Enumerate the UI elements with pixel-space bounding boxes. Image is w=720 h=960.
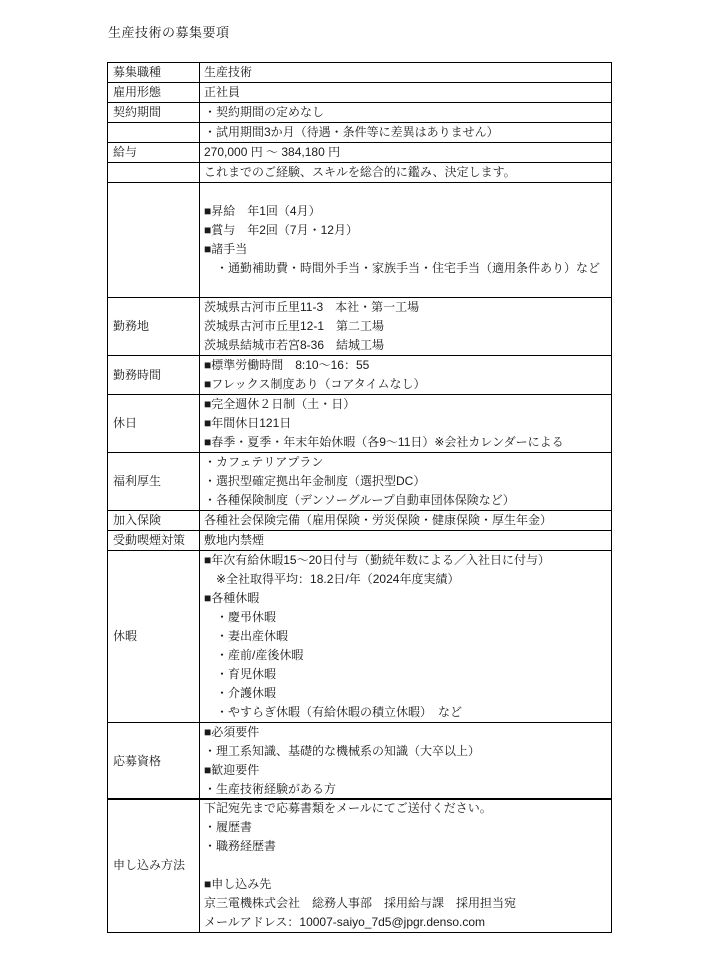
- row-content-line: ・試用期間3か月（待遇・条件等に差異はありません）: [204, 123, 609, 142]
- table-row: 募集職種生産技術: [108, 63, 612, 83]
- row-content-line: [204, 856, 609, 875]
- row-content-line: ・カフェテリアプラン: [204, 453, 609, 472]
- row-content: 正社員: [200, 83, 612, 103]
- row-content-line: ・選択型確定拠出年金制度（選択型DC）: [204, 472, 609, 491]
- table-row: 加入保険各種社会保険完備（雇用保険・労災保険・健康保険・厚生年金）: [108, 511, 612, 531]
- row-label: 勤務時間: [108, 356, 200, 395]
- row-content-line: ・育児休暇: [204, 665, 609, 684]
- table-row: 給与270,000 円 ～ 384,180 円: [108, 143, 612, 163]
- row-content: ・契約期間の定めなし: [200, 103, 612, 123]
- row-content-line: 各種社会保険完備（雇用保険・労災保険・健康保険・厚生年金）: [204, 511, 609, 530]
- table-row: 勤務地茨城県古河市丘里11-3 本社・第一工場茨城県古河市丘里12-1 第二工場…: [108, 298, 612, 356]
- row-content: 生産技術: [200, 63, 612, 83]
- row-content-line: 京三電機株式会社 総務人事部 採用給与課 採用担当宛: [204, 894, 609, 913]
- row-content-line: 敷地内禁煙: [204, 531, 609, 550]
- table-row: ・試用期間3か月（待遇・条件等に差異はありません）: [108, 123, 612, 143]
- row-content-line: ■歓迎要件: [204, 761, 609, 780]
- table-row: これまでのご経験、スキルを総合的に鑑み、決定します。: [108, 163, 612, 183]
- table-row: 受動喫煙対策敷地内禁煙: [108, 531, 612, 551]
- table-row: 休日■完全週休２日制（土・日）■年間休日121日■春季・夏季・年末年始休暇（各9…: [108, 395, 612, 453]
- row-label: 雇用形態: [108, 83, 200, 103]
- row-content: これまでのご経験、スキルを総合的に鑑み、決定します。: [200, 163, 612, 183]
- row-content-line: ■諸手当: [204, 240, 609, 259]
- row-content: ■年次有給休暇15～20日付与（勤続年数による／入社日に付与） ※全社取得平均：…: [200, 551, 612, 723]
- row-content-line: ■申し込み先: [204, 875, 609, 894]
- row-content-line: 茨城県古河市丘里12-1 第二工場: [204, 317, 609, 336]
- row-content-line: ・各種保険制度（デンソーグループ自動車団体保険など）: [204, 491, 609, 510]
- row-content-line: ・慶弔休暇: [204, 608, 609, 627]
- row-label: 応募資格: [108, 723, 200, 800]
- row-content-line: ・介護休暇: [204, 684, 609, 703]
- row-content-line: [204, 183, 609, 202]
- table-row: 休暇■年次有給休暇15～20日付与（勤続年数による／入社日に付与） ※全社取得平…: [108, 551, 612, 723]
- table-row: 申し込み方法下記宛先まで応募書類をメールにてご送付ください。・履歴書・職務経歴書…: [108, 799, 612, 933]
- table-row: 福利厚生・カフェテリアプラン・選択型確定拠出年金制度（選択型DC）・各種保険制度…: [108, 453, 612, 511]
- row-label: 加入保険: [108, 511, 200, 531]
- page-title: 生産技術の募集要項: [108, 22, 230, 41]
- row-content-line: [204, 278, 609, 297]
- document-page: 生産技術の募集要項 募集職種生産技術雇用形態正社員契約期間・契約期間の定めなし・…: [0, 0, 720, 960]
- row-content-line: 正社員: [204, 83, 609, 102]
- row-content: ■必須要件・理工系知識、基礎的な機械系の知識（大卒以上）■歓迎要件・生産技術経験…: [200, 723, 612, 800]
- row-content: ■完全週休２日制（土・日）■年間休日121日■春季・夏季・年末年始休暇（各9～1…: [200, 395, 612, 453]
- row-content-line: ■完全週休２日制（土・日）: [204, 395, 609, 414]
- recruitment-requirements-table: 募集職種生産技術雇用形態正社員契約期間・契約期間の定めなし・試用期間3か月（待遇…: [107, 62, 612, 800]
- row-content-line: ・産前/産後休暇: [204, 646, 609, 665]
- row-content-line: ・職務経歴書: [204, 837, 609, 856]
- table-row: 契約期間・契約期間の定めなし: [108, 103, 612, 123]
- row-label: 受動喫煙対策: [108, 531, 200, 551]
- row-content: ■昇給 年1回（4月）■賞与 年2回（7月・12月）■諸手当 ・通勤補助費・時間…: [200, 183, 612, 298]
- row-label: [108, 123, 200, 143]
- row-content-line: ・やすらぎ休暇（有給休暇の積立休暇） など: [204, 703, 609, 722]
- row-content-line: ・履歴書: [204, 818, 609, 837]
- row-label: 勤務地: [108, 298, 200, 356]
- row-content-line: ■年間休日121日: [204, 414, 609, 433]
- row-content-line: 茨城県結城市若宮8-36 結城工場: [204, 336, 609, 355]
- application-method-table: 申し込み方法下記宛先まで応募書類をメールにてご送付ください。・履歴書・職務経歴書…: [107, 798, 612, 933]
- row-label: [108, 183, 200, 298]
- row-content-line: ■必須要件: [204, 723, 609, 742]
- row-content-line: ■賞与 年2回（7月・12月）: [204, 221, 609, 240]
- row-content-line: ・通勤補助費・時間外手当・家族手当・住宅手当（適用条件あり）など: [204, 259, 609, 278]
- row-content-line: 270,000 円 ～ 384,180 円: [204, 143, 609, 162]
- row-content: 下記宛先まで応募書類をメールにてご送付ください。・履歴書・職務経歴書 ■申し込み…: [200, 799, 612, 933]
- row-content: ■標準労働時間 8:10～16：55■フレックス制度あり（コアタイムなし）: [200, 356, 612, 395]
- row-content: ・カフェテリアプラン・選択型確定拠出年金制度（選択型DC）・各種保険制度（デンソ…: [200, 453, 612, 511]
- row-content-line: メールアドレス：10007-saiyo_7d5@jpgr.denso.com: [204, 913, 609, 932]
- row-content-line: ■各種休暇: [204, 589, 609, 608]
- row-content: 茨城県古河市丘里11-3 本社・第一工場茨城県古河市丘里12-1 第二工場茨城県…: [200, 298, 612, 356]
- row-label: 募集職種: [108, 63, 200, 83]
- row-label: 申し込み方法: [108, 799, 200, 933]
- row-content: 敷地内禁煙: [200, 531, 612, 551]
- row-content: ・試用期間3か月（待遇・条件等に差異はありません）: [200, 123, 612, 143]
- row-content-line: 生産技術: [204, 63, 609, 82]
- table-row: 雇用形態正社員: [108, 83, 612, 103]
- row-content-line: ■標準労働時間 8:10～16：55: [204, 356, 609, 375]
- row-content-line: ■年次有給休暇15～20日付与（勤続年数による／入社日に付与）: [204, 551, 609, 570]
- row-content-line: 下記宛先まで応募書類をメールにてご送付ください。: [204, 799, 609, 818]
- table-row: 勤務時間■標準労働時間 8:10～16：55■フレックス制度あり（コアタイムなし…: [108, 356, 612, 395]
- row-label: [108, 163, 200, 183]
- row-content-line: ■フレックス制度あり（コアタイムなし）: [204, 375, 609, 394]
- row-content-line: ※全社取得平均：18.2日/年（2024年度実績）: [204, 570, 609, 589]
- row-label: 休暇: [108, 551, 200, 723]
- row-content-line: 茨城県古河市丘里11-3 本社・第一工場: [204, 298, 609, 317]
- row-label: 契約期間: [108, 103, 200, 123]
- row-label: 福利厚生: [108, 453, 200, 511]
- table-row: 応募資格■必須要件・理工系知識、基礎的な機械系の知識（大卒以上）■歓迎要件・生産…: [108, 723, 612, 800]
- row-content-line: ■昇給 年1回（4月）: [204, 202, 609, 221]
- row-content-line: ・生産技術経験がある方: [204, 780, 609, 799]
- row-content-line: ■春季・夏季・年末年始休暇（各9～11日）※会社カレンダーによる: [204, 433, 609, 452]
- row-content-line: ・妻出産休暇: [204, 627, 609, 646]
- row-content: 270,000 円 ～ 384,180 円: [200, 143, 612, 163]
- row-content-line: ・契約期間の定めなし: [204, 103, 609, 122]
- row-label: 休日: [108, 395, 200, 453]
- row-content: 各種社会保険完備（雇用保険・労災保険・健康保険・厚生年金）: [200, 511, 612, 531]
- row-label: 給与: [108, 143, 200, 163]
- row-content-line: ・理工系知識、基礎的な機械系の知識（大卒以上）: [204, 742, 609, 761]
- table-row: ■昇給 年1回（4月）■賞与 年2回（7月・12月）■諸手当 ・通勤補助費・時間…: [108, 183, 612, 298]
- row-content-line: これまでのご経験、スキルを総合的に鑑み、決定します。: [204, 163, 609, 182]
